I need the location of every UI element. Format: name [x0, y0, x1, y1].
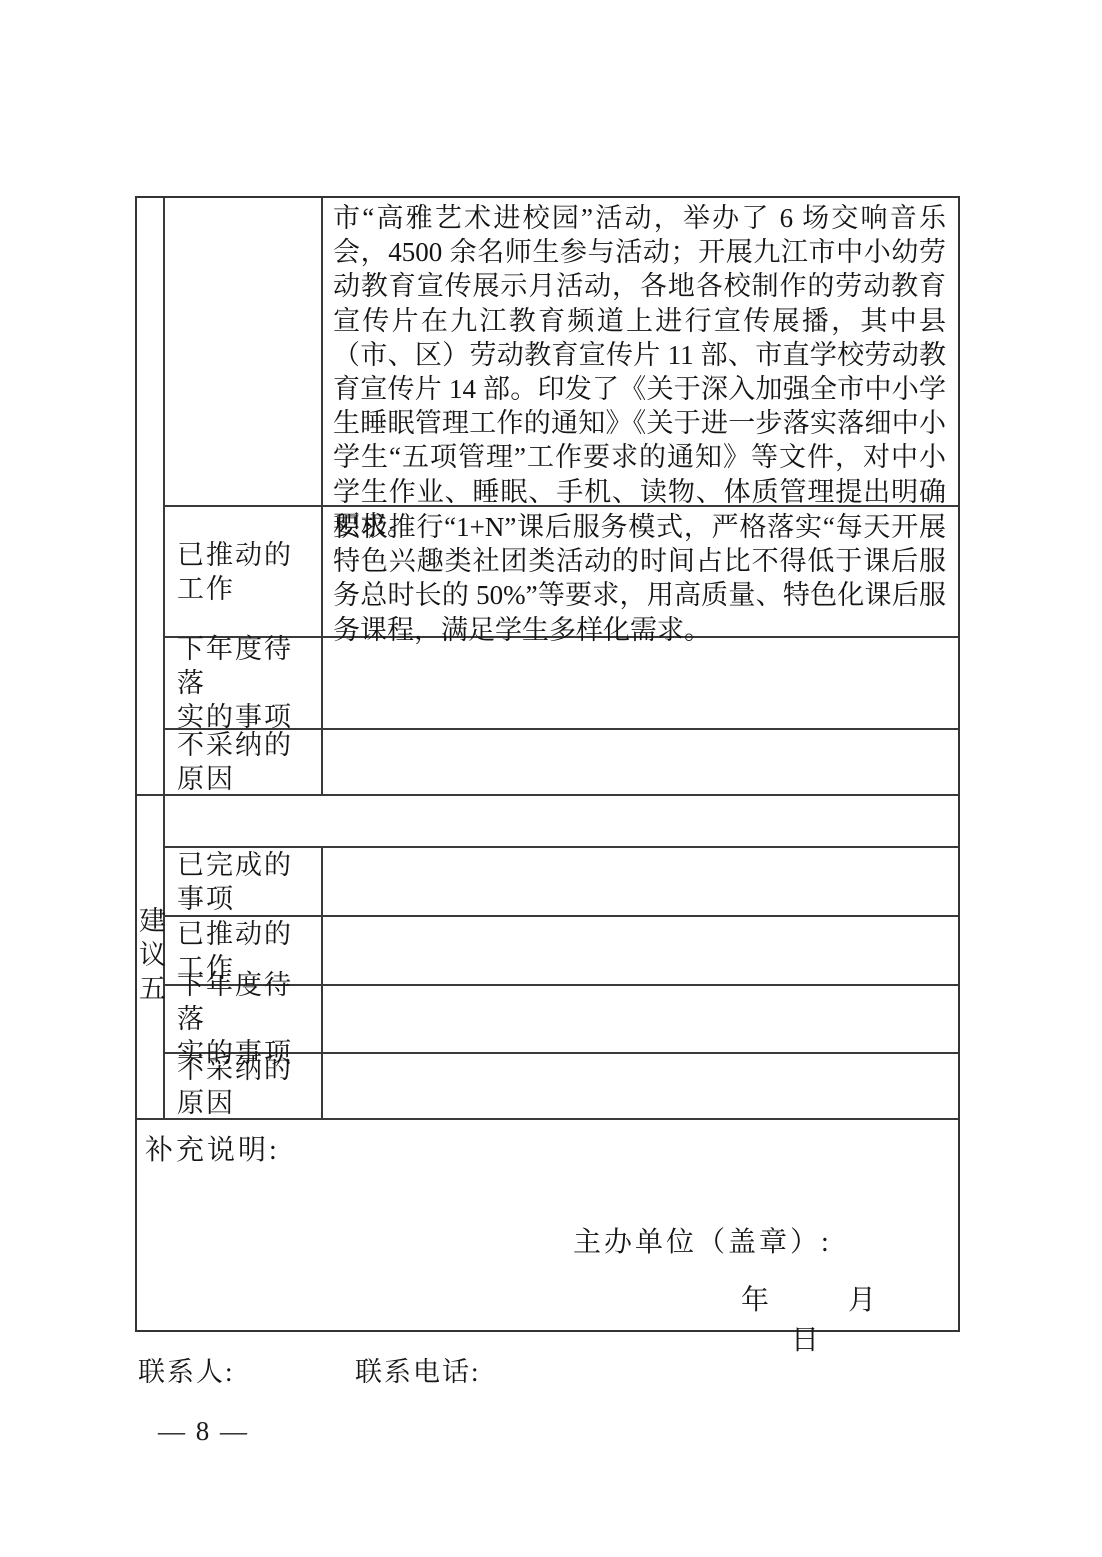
- supplementary-notes-label: 补充说明:: [145, 1128, 280, 1168]
- row-label-empty: [165, 198, 323, 505]
- table-row: 已推动的 工作 积极推行“1+N”课后服务模式，严格落实“每天开展特色兴趣类社团…: [165, 507, 958, 638]
- section-supplementary-notes: 补充说明: 主办单位（盖章）: 年 月 日: [137, 1120, 958, 1330]
- row-label-not-adopted-reason: 不采纳的 原因: [165, 1054, 323, 1118]
- document-page: 市“高雅艺术进校园”活动，举办了 6 场交响音乐会，4500 余名师生参与活动；…: [0, 0, 1102, 1557]
- table-row: 市“高雅艺术进校园”活动，举办了 6 场交响音乐会，4500 余名师生参与活动；…: [165, 198, 958, 507]
- section-continued: 市“高雅艺术进校园”活动，举办了 6 场交响音乐会，4500 余名师生参与活动；…: [137, 198, 958, 796]
- contact-phone-label: 联系电话:: [355, 1350, 481, 1389]
- row-label-promoted-work: 已推动的 工作: [165, 507, 323, 636]
- date-day-label: 日: [791, 1318, 819, 1358]
- table-row: 不采纳的 原因: [165, 730, 958, 794]
- section-rows: 市“高雅艺术进校园”活动，举办了 6 场交响音乐会，4500 余名师生参与活动；…: [165, 198, 958, 794]
- organizer-seal-label: 主办单位（盖章）:: [573, 1220, 832, 1260]
- table-row: 下年度待落 实的事项: [165, 638, 958, 730]
- date-line: 年 月 日: [741, 1278, 958, 1358]
- suggestion-five-label: 建议五: [136, 906, 164, 1008]
- section-side-cell-empty: [137, 198, 165, 794]
- row-content-empty: [323, 1054, 958, 1118]
- section-suggestion-five: 建议五 已完成的 事项 已推动的 工作 下年度待落 实的事项: [137, 796, 958, 1120]
- table-row: 下年度待落 实的事项: [165, 986, 958, 1054]
- date-month-label: 月: [848, 1278, 876, 1318]
- completed-items-text: 市“高雅艺术进校园”活动，举办了 6 场交响音乐会，4500 余名师生参与活动；…: [333, 201, 946, 543]
- table-row: 不采纳的 原因: [165, 1054, 958, 1118]
- row-content-empty: [323, 848, 958, 915]
- report-table: 市“高雅艺术进校园”活动，举办了 6 场交响音乐会，4500 余名师生参与活动；…: [135, 196, 960, 1332]
- page-number: — 8 —: [158, 1416, 249, 1447]
- contact-person-label: 联系人:: [138, 1350, 235, 1389]
- promoted-work-text: 积极推行“1+N”课后服务模式，严格落实“每天开展特色兴趣类社团类活动的时间占比…: [333, 510, 946, 647]
- row-label-next-year-items: 下年度待落 实的事项: [165, 638, 323, 728]
- row-content: 市“高雅艺术进校园”活动，举办了 6 场交响音乐会，4500 余名师生参与活动；…: [323, 198, 958, 505]
- spacer-cell-empty: [165, 796, 958, 846]
- row-content-empty: [323, 638, 958, 728]
- row-content-empty: [323, 917, 958, 984]
- row-content-empty: [323, 730, 958, 794]
- section-rows: 已完成的 事项 已推动的 工作 下年度待落 实的事项 不采纳的 原因: [165, 796, 958, 1118]
- date-year-label: 年: [741, 1278, 769, 1318]
- row-label-not-adopted-reason: 不采纳的 原因: [165, 730, 323, 794]
- row-label-next-year-items: 下年度待落 实的事项: [165, 986, 323, 1052]
- row-label-completed-items: 已完成的 事项: [165, 848, 323, 915]
- table-row: 已完成的 事项: [165, 848, 958, 917]
- row-content: 积极推行“1+N”课后服务模式，严格落实“每天开展特色兴趣类社团类活动的时间占比…: [323, 507, 958, 636]
- row-content-empty: [323, 986, 958, 1052]
- section-side-cell: 建议五: [137, 796, 165, 1118]
- table-row-spacer: [165, 796, 958, 848]
